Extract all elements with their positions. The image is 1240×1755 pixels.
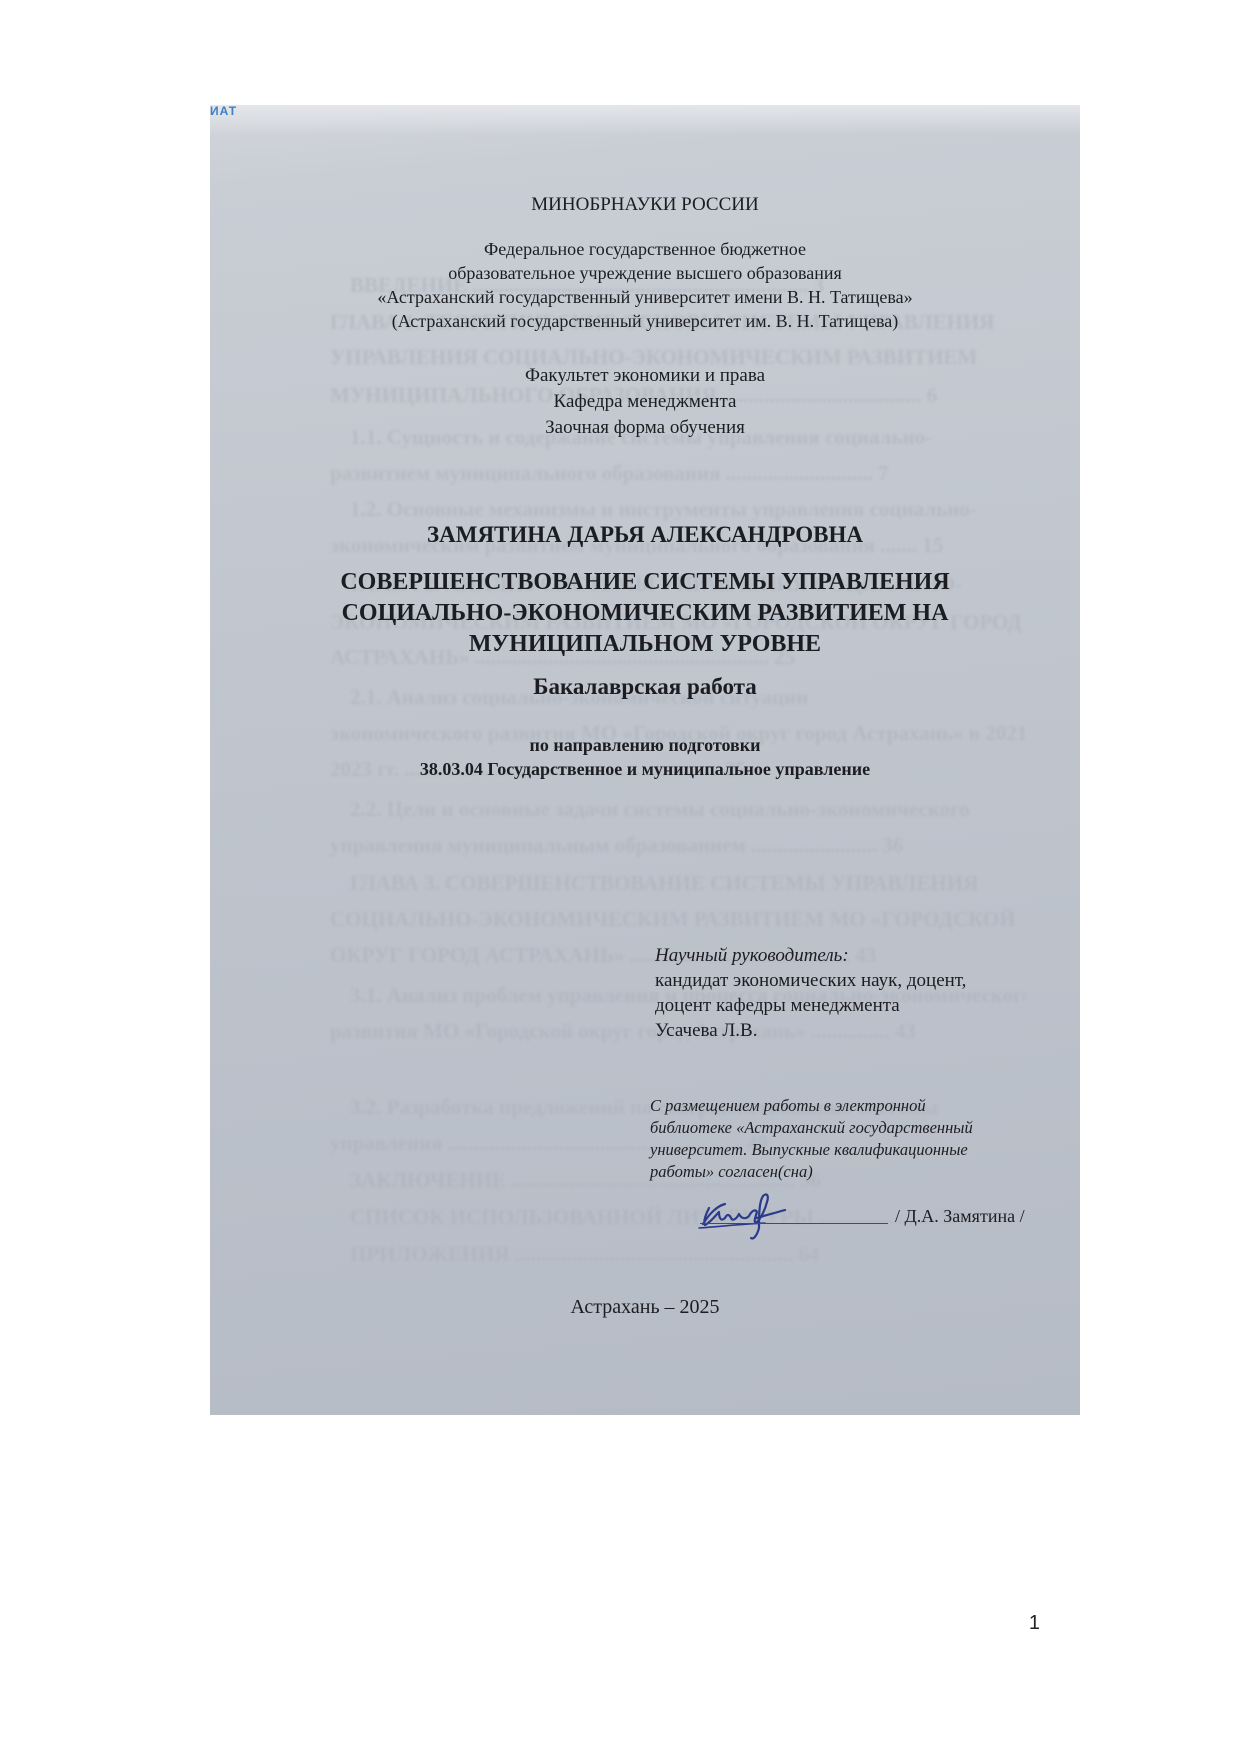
bleed-through-line: ПРИЛОЖЕНИЯ .............................… [350,1242,1025,1267]
study-form: Заочная форма обучения [210,415,1080,441]
consent-line: С размещением работы в электронной [650,1095,1070,1117]
thesis-title-line: СОЦИАЛЬНО-ЭКОНОМИЧЕСКИМ РАЗВИТИЕМ НА [210,598,1080,629]
institution-line: Федеральное государственное бюджетное [210,237,1080,261]
institution-line: «Астраханский государственный университе… [210,285,1080,309]
consent-line: библиотеке «Астраханский государственный [650,1117,1070,1139]
photo-top-shade [210,105,1080,135]
supervisor-label: Научный руководитель: [655,943,1075,968]
department-name: Кафедра менеджмента [210,389,1080,415]
supervisor-name: Усачева Л.В. [655,1018,1075,1043]
supervisor-degree: кандидат экономических наук, доцент, [655,968,1075,993]
signature-row: / Д.А. Замятина / [700,1190,1080,1240]
consent-line: университет. Выпускные квалификационные [650,1139,1070,1161]
work-type: Бакалаврская работа [210,675,1080,698]
thesis-title: СОВЕРШЕНСТВОВАНИЕ СИСТЕМЫ УПРАВЛЕНИЯ СОЦ… [210,567,1080,660]
bleed-through-line: развитием муниципального образования ...… [330,461,1025,486]
direction-program: 38.03.04 Государственное и муниципальное… [210,757,1080,781]
thesis-title-line: МУНИЦИПАЛЬНОМ УРОВНЕ [210,629,1080,660]
supervisor-block: Научный руководитель: кандидат экономиче… [655,943,1075,1043]
corner-label: ИАТ [210,105,237,117]
consent-line: работы» согласен(сна) [650,1161,1070,1183]
institution-block: Федеральное государственное бюджетное об… [210,237,1080,333]
page-number: 1 [1010,1612,1040,1635]
handwritten-signature-icon [695,1188,845,1248]
bleed-through-line: СОЦИАЛЬНО-ЭКОНОМИЧЕСКИМ РАЗВИТИЕМ МО «ГО… [330,907,1025,932]
faculty-name: Факультет экономики и права [210,363,1080,389]
signature-name: / Д.А. Замятина / [895,1206,1025,1227]
city-year: Астрахань – 2025 [210,1297,1080,1317]
ministry-heading: МИНОБРНАУКИ РОССИИ [210,195,1080,214]
faculty-block: Факультет экономики и права Кафедра мене… [210,363,1080,441]
bleed-through-line: управления муниципальным образованием ..… [330,833,1025,858]
author-name: ЗАМЯТИНА ДАРЬЯ АЛЕКСАНДРОВНА [210,523,1080,546]
signature-line [700,1223,888,1224]
consent-block: С размещением работы в электронной библи… [650,1095,1070,1183]
direction-label: по направлению подготовки [210,733,1080,757]
supervisor-position: доцент кафедры менеджмента [655,993,1075,1018]
institution-line: (Астраханский государственный университе… [210,309,1080,333]
direction-block: по направлению подготовки 38.03.04 Госуд… [210,733,1080,781]
bleed-through-line: 1.2. Основные механизмы и инструменты уп… [350,497,1025,522]
bleed-through-line: 2.2. Цели и основные задачи системы соци… [350,797,1025,822]
bleed-through-line: ГЛАВА 3. СОВЕРШЕНСТВОВАНИЕ СИСТЕМЫ УПРАВ… [350,871,1025,896]
institution-line: образовательное учреждение высшего образ… [210,261,1080,285]
thesis-title-line: СОВЕРШЕНСТВОВАНИЕ СИСТЕМЫ УПРАВЛЕНИЯ [210,567,1080,598]
title-page-photo: ИАТ ВВЕДЕНИЕ ...........................… [210,105,1080,1415]
